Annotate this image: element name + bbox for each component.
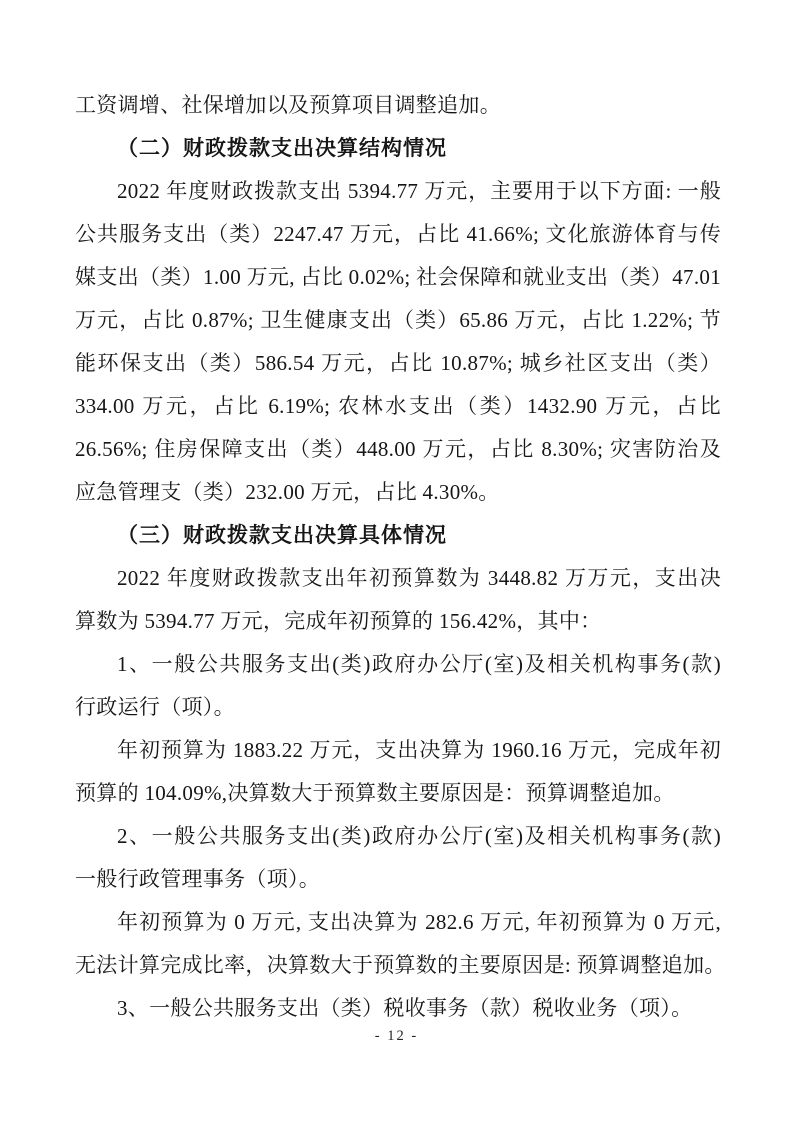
paragraph-continuation-line: 工资调增、社保增加以及预算项目调整追加。	[75, 84, 721, 127]
section-heading-2: （二）财政拨款支出决算结构情况	[75, 127, 721, 170]
text-line: 算数为 5394.77 万元，完成年初预算的 156.42%，其中：	[75, 600, 721, 643]
text-line: 应急管理支（类）232.00 万元，占比 4.30%。	[75, 471, 721, 514]
page-number: - 12 -	[0, 1028, 793, 1045]
text-line: 能环保支出（类）586.54 万元，占比 10.87%; 城乡社区支出（类）	[75, 342, 721, 385]
section-heading-3: （三）财政拨款支出决算具体情况	[75, 514, 721, 557]
list-item-3-line: 3、一般公共服务支出（类）税收事务（款）税收业务（项）。	[75, 987, 721, 1030]
list-item-2-line: 一般行政管理事务（项）。	[75, 858, 721, 901]
text-line: 2022 年度财政拨款支出年初预算数为 3448.82 万万元，支出决	[75, 557, 721, 600]
list-item-1-line: 行政运行（项）。	[75, 686, 721, 729]
text-line: 年初预算为 0 万元, 支出决算为 282.6 万元, 年初预算为 0 万元,	[75, 901, 721, 944]
list-item-1-line: 1、一般公共服务支出(类)政府办公厅(室)及相关机构事务(款)	[75, 643, 721, 686]
text-line: 2022 年度财政拨款支出 5394.77 万元，主要用于以下方面: 一般	[75, 170, 721, 213]
document-body: 工资调增、社保增加以及预算项目调整追加。 （二）财政拨款支出决算结构情况 202…	[75, 84, 721, 1030]
text-line: 年初预算为 1883.22 万元，支出决算为 1960.16 万元，完成年初	[75, 729, 721, 772]
text-line: 无法计算完成比率，决算数大于预算数的主要原因是: 预算调整追加。	[75, 944, 721, 987]
list-item-2-line: 2、一般公共服务支出(类)政府办公厅(室)及相关机构事务(款)	[75, 815, 721, 858]
document-page: 工资调增、社保增加以及预算项目调整追加。 （二）财政拨款支出决算结构情况 202…	[0, 0, 793, 1122]
text-line: 公共服务支出（类）2247.47 万元，占比 41.66%; 文化旅游体育与传	[75, 213, 721, 256]
text-line: 334.00 万元，占比 6.19%; 农林水支出（类）1432.90 万元，占…	[75, 385, 721, 428]
text-line: 26.56%; 住房保障支出（类）448.00 万元，占比 8.30%; 灾害防…	[75, 428, 721, 471]
text-line: 预算的 104.09%,决算数大于预算数主要原因是：预算调整追加。	[75, 772, 721, 815]
text-line: 万元，占比 0.87%; 卫生健康支出（类）65.86 万元，占比 1.22%;…	[75, 299, 721, 342]
text-line: 媒支出（类）1.00 万元, 占比 0.02%; 社会保障和就业支出（类）47.…	[75, 256, 721, 299]
